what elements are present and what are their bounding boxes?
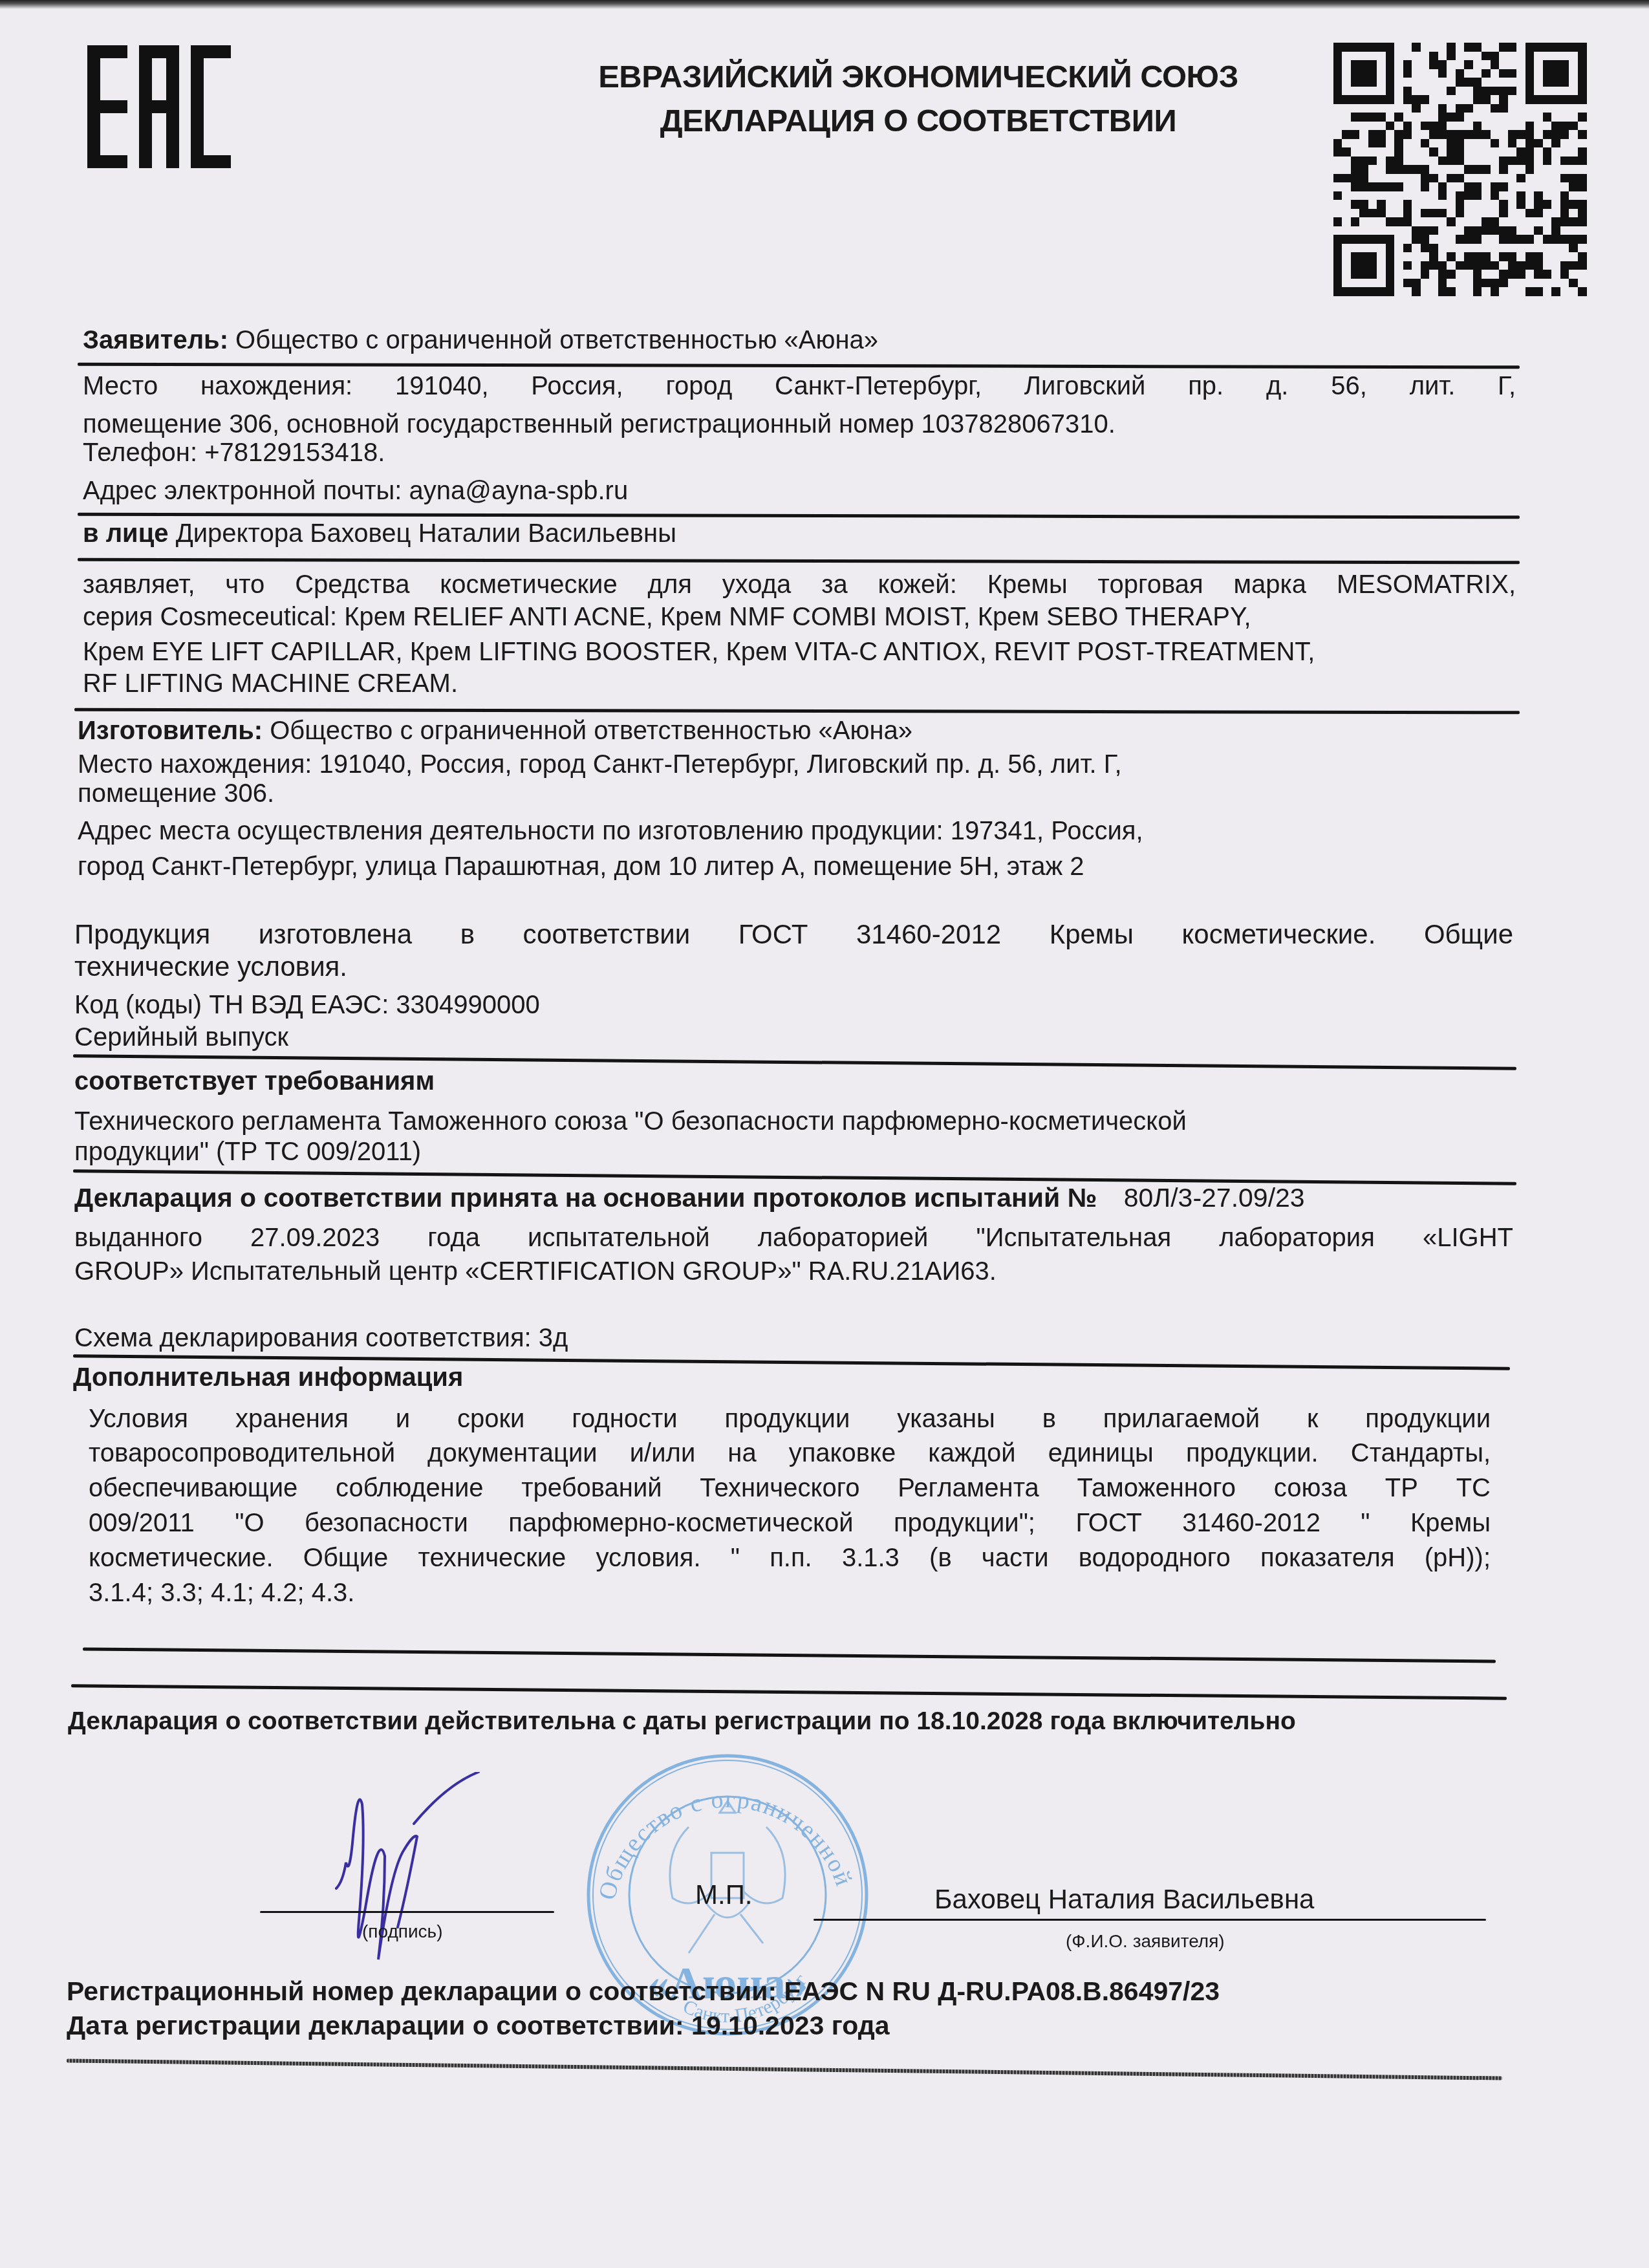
gost-line2: технические условия. [74, 951, 347, 982]
divider [78, 558, 1520, 565]
manufacturer-address-line2: помещение 306. [78, 778, 274, 810]
applicant-address-line2: помещение 306, основной государственный … [83, 409, 1115, 440]
declares-line3: Крем EYE LIFT CAPILLAR, Крем LIFTING BOO… [83, 636, 1315, 668]
applicant-label: Заявитель: [83, 326, 228, 354]
basis-text: Декларация о соответствии принята на осн… [74, 1183, 1097, 1213]
registration-number: Регистрационный номер декларации о соотв… [67, 1976, 1220, 2007]
additional-info-label: Дополнительная информация [73, 1362, 463, 1394]
manufacturer-name: Общество с ограниченной ответственностью… [270, 717, 912, 745]
document-title: ЕВРАЗИЙСКИЙ ЭКОНОМИЧЕСКИЙ СОЮЗ ДЕКЛАРАЦИ… [388, 55, 1449, 143]
applicant-address-line1: Место нахождения: 191040, Россия, город … [83, 371, 1516, 402]
eac-logo-icon: EAC [87, 45, 231, 168]
applicant-name: Общество с ограниченной ответственностью… [235, 326, 878, 354]
manufacturer-label: Изготовитель: [78, 717, 263, 745]
signature-line [260, 1911, 554, 1913]
bottom-divider [67, 2058, 1502, 2080]
tn-ved-code: Код (коды) ТН ВЭД ЕАЭС: 3304990000 [74, 989, 540, 1021]
protocol-number: 80Л/3-27.09/23 [1124, 1183, 1305, 1213]
declares-line2: серия Cosmeceutical: Крем RELIEF ANTI AC… [83, 601, 1251, 633]
additional-line2: товаросопроводительной документации и/ил… [89, 1438, 1491, 1469]
signature-caption: (подпись) [362, 1916, 443, 1947]
name-line [814, 1919, 1486, 1921]
basis-line2: выданного 27.09.2023 года испытательной … [74, 1222, 1513, 1254]
applicant-email[interactable]: Адрес электронной почты: ayna@ayna-spb.r… [83, 475, 628, 507]
represented-label: в лице [83, 519, 169, 548]
stamp-place-label: М.П. [695, 1879, 753, 1910]
title-line-union: ЕВРАЗИЙСКИЙ ЭКОНОМИЧЕСКИЙ СОЮЗ [388, 55, 1449, 99]
additional-line1: Условия хранения и сроки годности продук… [89, 1403, 1491, 1435]
divider [74, 708, 1520, 715]
release-type: Серийный выпуск [74, 1022, 288, 1053]
basis-line1: Декларация о соответствии принята на осн… [74, 1182, 1305, 1214]
declares-line4: RF LIFTING MACHINE CREAM. [83, 668, 458, 700]
applicant-full-name: Баховец Наталия Васильевна [934, 1883, 1314, 1915]
declares-line1: заявляет, что Средства косметические для… [83, 569, 1516, 601]
production-address-line2: город Санкт-Петербург, улица Парашютная,… [78, 851, 1084, 883]
additional-line6: 3.1.4; 3.3; 4.1; 4.2; 4.3. [89, 1577, 354, 1609]
validity-statement: Декларация о соответствии действительна … [68, 1705, 1296, 1737]
compliance-line1: Технического регламента Таможенного союз… [74, 1106, 1187, 1138]
manufacturer-row: Изготовитель: Общество с ограниченной от… [78, 715, 912, 747]
divider [71, 1684, 1507, 1700]
name-caption: (Ф.И.О. заявителя) [1066, 1925, 1225, 1957]
additional-line3: обеспечивающие соблюдение требований Тех… [89, 1473, 1491, 1504]
additional-line4: 009/2011 "О безопасности парфюмерно-косм… [89, 1507, 1491, 1539]
compliance-line2: продукции" (ТР ТС 009/2011) [74, 1136, 421, 1168]
qr-code-icon[interactable] [1329, 43, 1591, 296]
title-line-declaration: ДЕКЛАРАЦИЯ О СООТВЕТСТВИИ [388, 99, 1449, 143]
registration-date: Дата регистрации декларации о соответств… [67, 2010, 890, 2042]
manufacturer-address-line1: Место нахождения: 191040, Россия, город … [78, 749, 1122, 781]
signature-icon [323, 1772, 517, 1992]
divider [83, 1647, 1496, 1663]
applicant-row: Заявитель: Общество с ограниченной ответ… [83, 325, 878, 356]
applicant-phone: Телефон: +78129153418. [83, 437, 385, 469]
declaration-scheme: Схема декларирования соответствия: 3д [74, 1323, 568, 1354]
gost-line1: Продукция изготовлена в соответствии ГОС… [74, 918, 1513, 950]
additional-line5: косметические. Общие технические условия… [89, 1542, 1491, 1574]
divider [78, 363, 1520, 369]
represented-by: Директора Баховец Наталии Васильевны [176, 519, 676, 548]
compliance-label: соответствует требованиям [74, 1066, 435, 1097]
basis-line3: GROUP» Испытательный центр «CERTIFICATIO… [74, 1256, 997, 1288]
scan-edge [0, 0, 1649, 9]
represented-row: в лице Директора Баховец Наталии Василье… [83, 518, 676, 550]
production-address-line1: Адрес места осуществления деятельности п… [78, 815, 1143, 847]
